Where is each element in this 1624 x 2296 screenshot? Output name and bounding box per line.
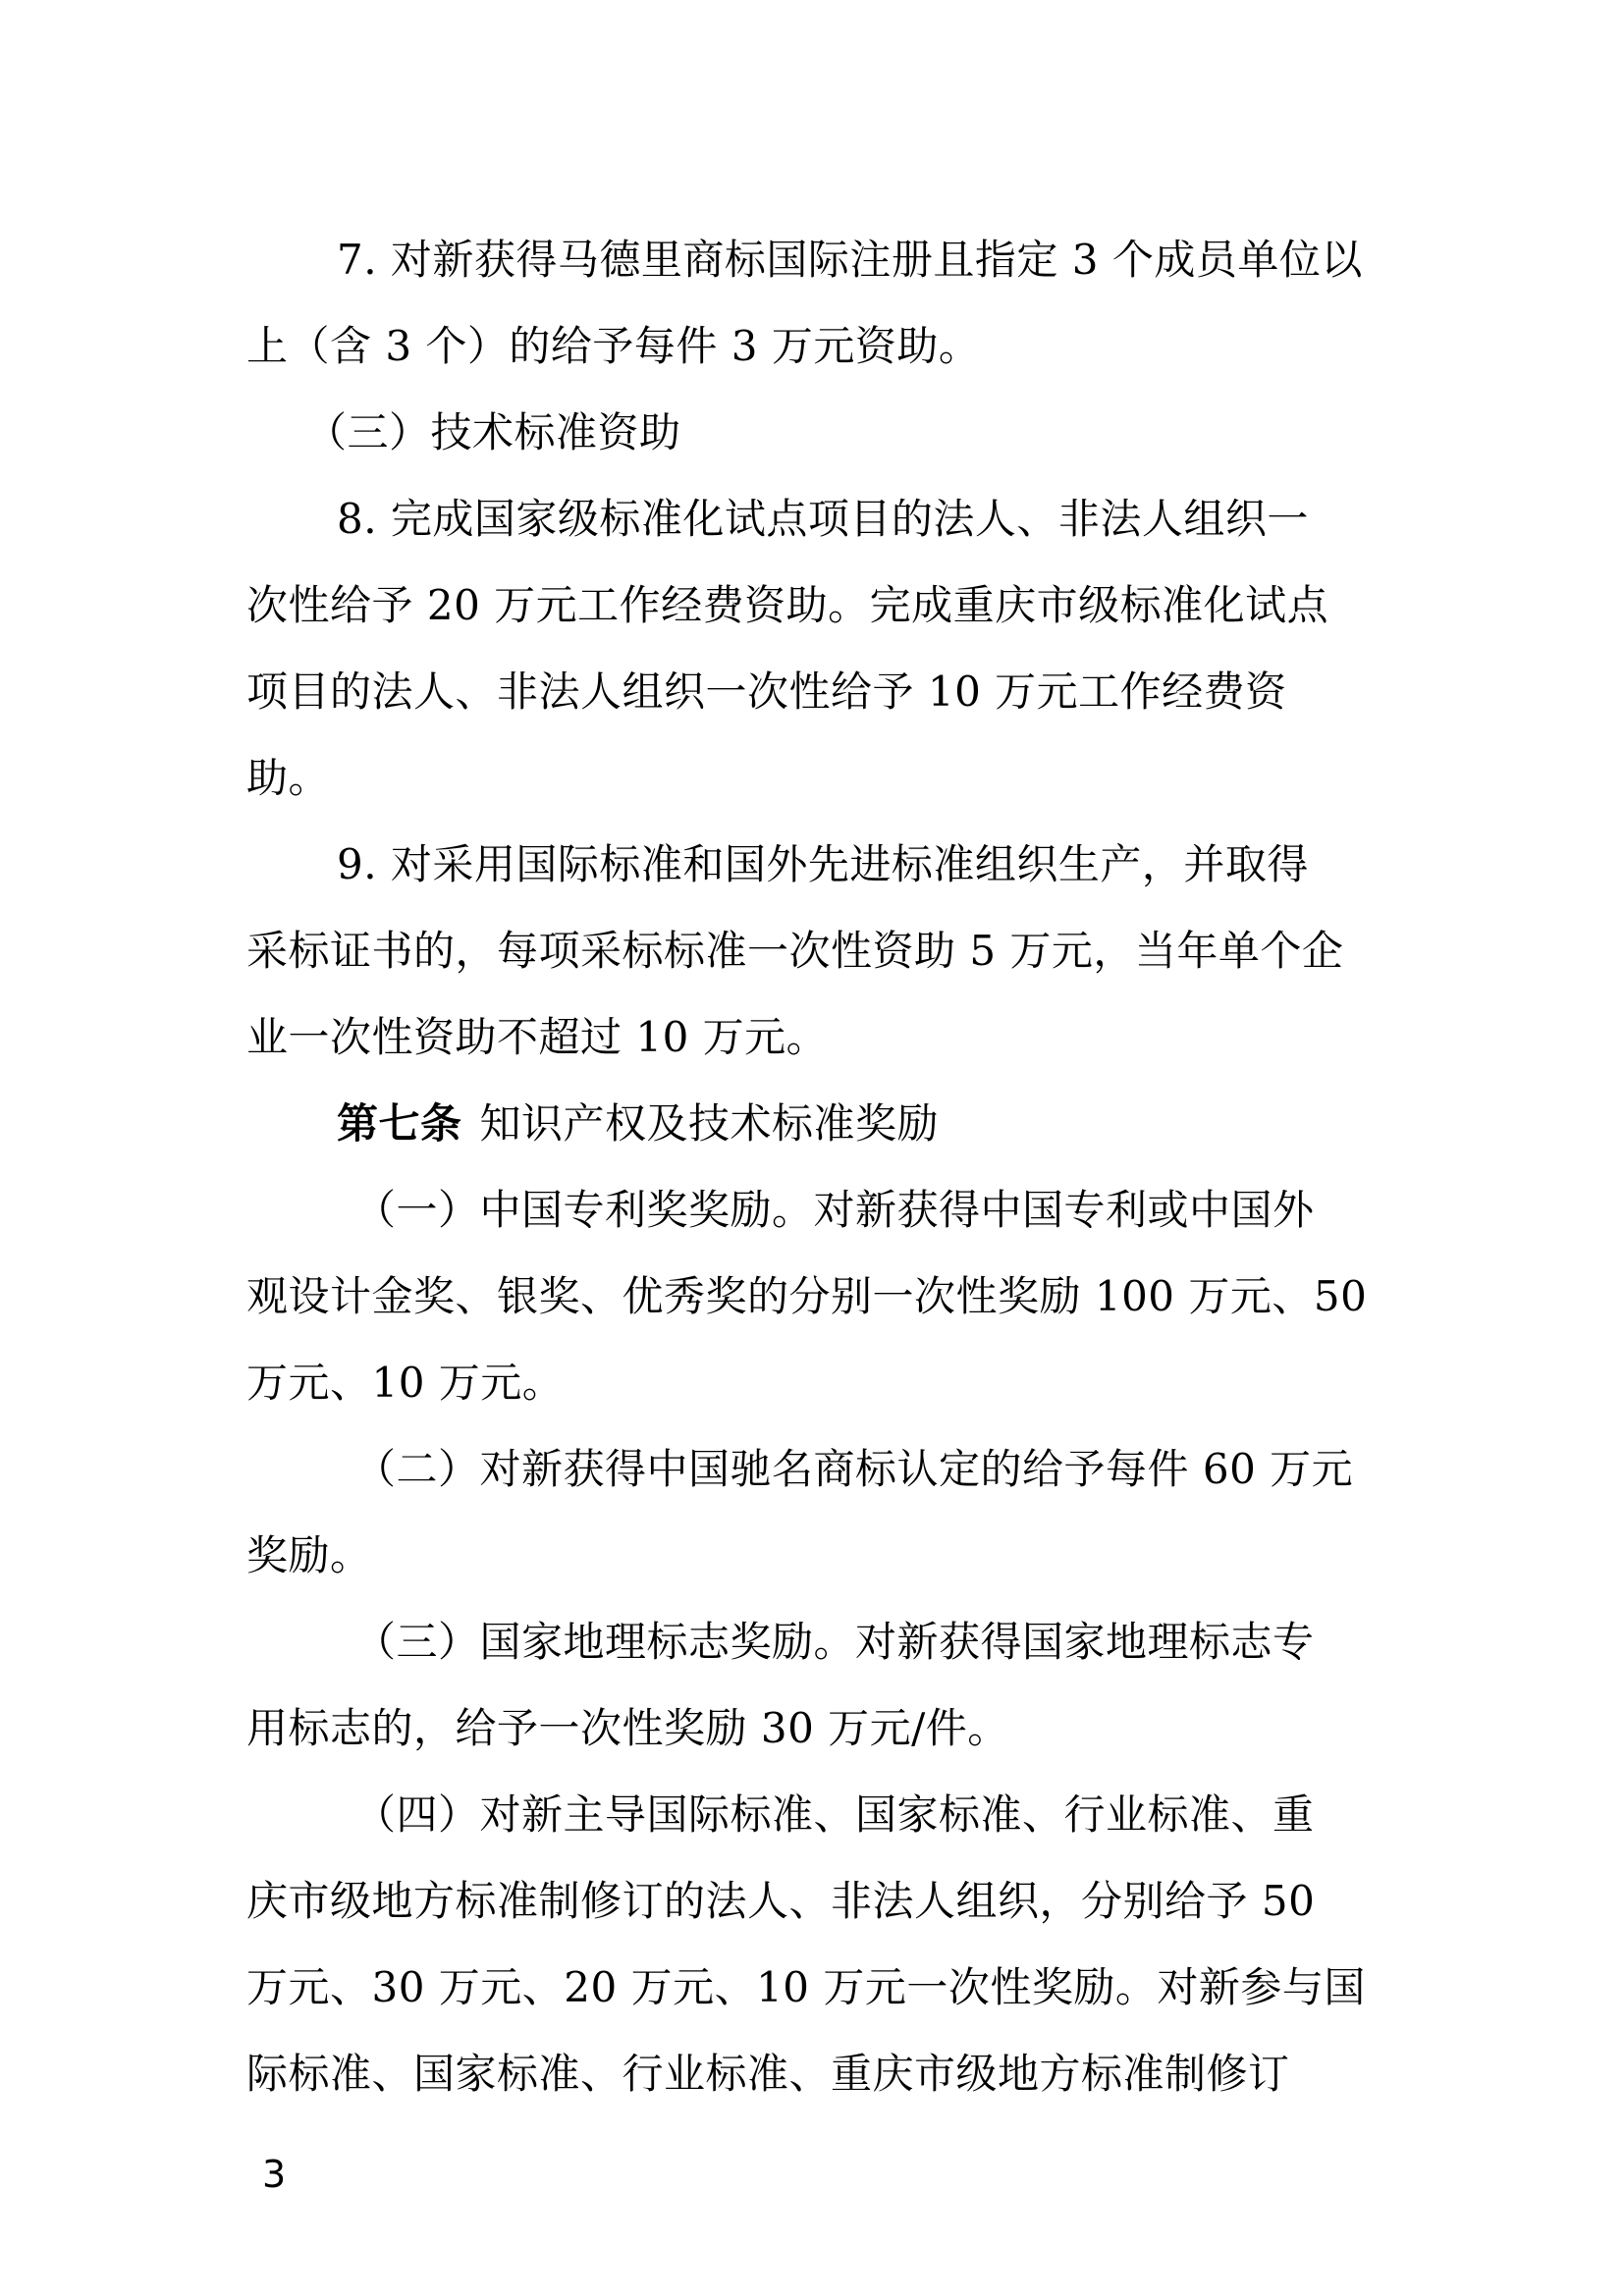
page-number: 3 (262, 2150, 286, 2199)
paragraph-item-9-line-3: 业一次性资助不超过 10 万元。 (246, 994, 1387, 1081)
article-seven-heading: 第七条知识产权及技术标准奖励 (246, 1081, 1478, 1167)
paragraph-award-1-line-2: 观设计金奖、银奖、优秀奖的分别一次性奖励 100 万元、50 (246, 1254, 1387, 1340)
paragraph-award-2-line-1: （二）对新获得中国驰名商标认定的给予每件 60 万元 (246, 1426, 1495, 1513)
paragraph-award-2-line-2: 奖励。 (246, 1513, 1387, 1599)
paragraph-item-7-line-2: 上（含 3 个）的给予每件 3 万元资助。 (246, 303, 1387, 390)
paragraph-item-9-line-2: 采标证书的，每项采标标准一次性资助 5 万元，当年单个企 (246, 908, 1387, 994)
paragraph-award-1-line-1: （一）中国专利奖奖励。对新获得中国专利或中国外 (246, 1167, 1495, 1254)
paragraph-award-4-line-1: （四）对新主导国际标准、国家标准、行业标准、重 (246, 1772, 1495, 1858)
paragraph-item-7-line-1: 7. 对新获得马德里商标国际注册且指定 3 个成员单位以 (246, 217, 1478, 303)
paragraph-award-4-line-3: 万元、30 万元、20 万元、10 万元一次性奖励。对新参与国 (246, 1945, 1387, 2031)
paragraph-item-8-line-1: 8. 完成国家级标准化试点项目的法人、非法人组织一 (246, 476, 1478, 562)
paragraph-award-4-line-2: 庆市级地方标准制修订的法人、非法人组织，分别给予 50 (246, 1858, 1387, 1945)
paragraph-award-3-line-1: （三）国家地理标志奖励。对新获得国家地理标志专 (246, 1599, 1495, 1685)
paragraph-award-3-line-2: 用标志的，给予一次性奖励 30 万元/件。 (246, 1685, 1387, 1772)
paragraph-item-8-line-2: 次性给予 20 万元工作经费资助。完成重庆市级标准化试点 (246, 562, 1387, 649)
article-title: 知识产权及技术标准奖励 (480, 1099, 940, 1148)
paragraph-item-8-line-3: 项目的法人、非法人组织一次性给予 10 万元工作经费资 (246, 649, 1387, 735)
paragraph-item-8-line-4: 助。 (246, 735, 1387, 822)
paragraph-item-9-line-1: 9. 对采用国际标准和国外先进标准组织生产，并取得 (246, 822, 1478, 908)
section-heading-technical-standard-subsidy: （三）技术标准资助 (246, 390, 1446, 476)
article-label: 第七条 (337, 1099, 462, 1148)
paragraph-award-1-line-3: 万元、10 万元。 (246, 1340, 1387, 1426)
paragraph-award-4-line-4: 际标准、国家标准、行业标准、重庆市级地方标准制修订 (246, 2031, 1387, 2117)
